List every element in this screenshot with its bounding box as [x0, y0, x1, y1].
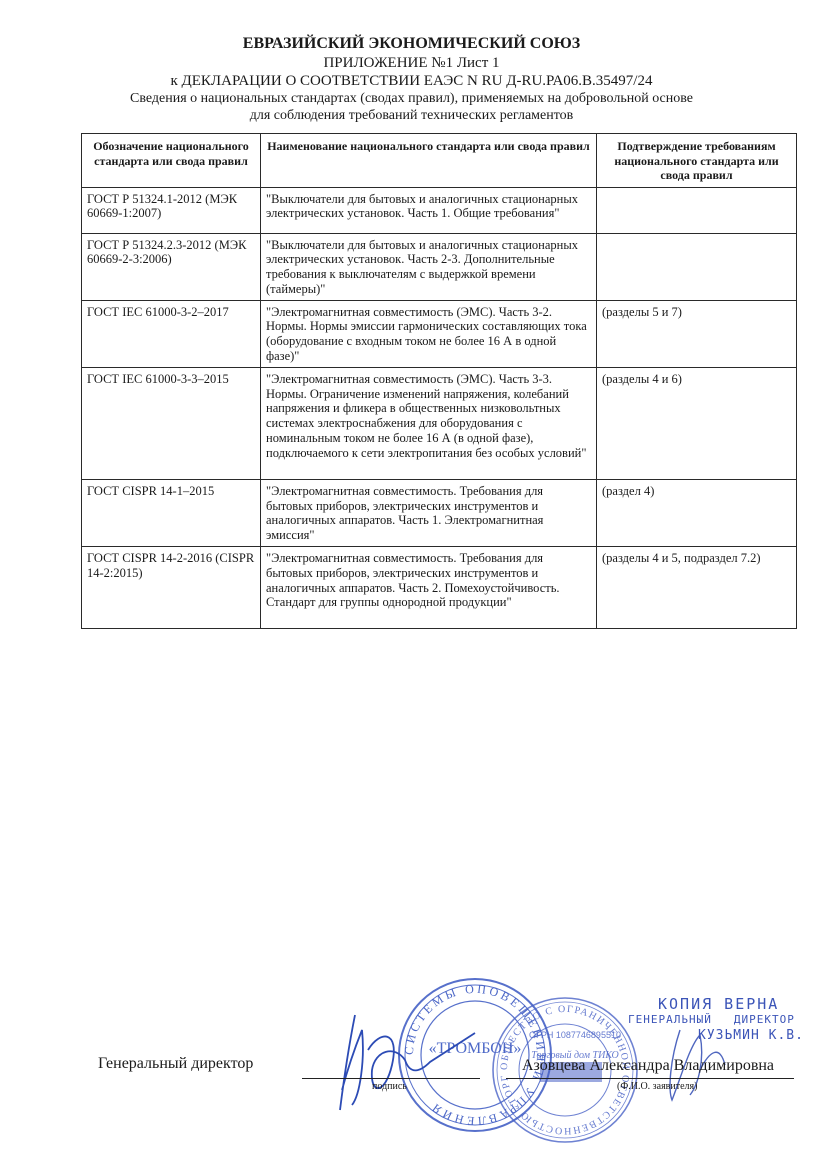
signer-role: Генеральный директор [98, 1055, 253, 1073]
cell-confirmation: (разделы 4 и 6) [597, 367, 797, 479]
cell-confirmation [597, 187, 797, 233]
cell-designation: ГОСТ IEC 61000-3-2–2017 [82, 300, 261, 367]
cell-name: "Выключатели для бытовых и аналогичных с… [261, 233, 597, 300]
subtitle-line-2: для соблюдения требований технических ре… [0, 107, 823, 124]
table-row: ГОСТ Р 51324.2.3-2012 (МЭК 60669-2-3:200… [82, 233, 797, 300]
trombon-stamp-icon [399, 979, 551, 1131]
standards-table: Обозначение национального стандарта или … [81, 133, 797, 629]
table-row: ГОСТ Р 51324.1-2012 (МЭК 60669-1:2007) "… [82, 187, 797, 233]
trombon-stamp-center: «ТРОМБОН» [429, 1040, 522, 1057]
cell-name: "Электромагнитная совместимость (ЭМС). Ч… [261, 300, 597, 367]
cell-confirmation: (разделы 5 и 7) [597, 300, 797, 367]
signature-line [302, 1078, 480, 1079]
director-signature-icon [340, 1015, 475, 1110]
document-header: ЕВРАЗИЙСКИЙ ЭКОНОМИЧЕСКИЙ СОЮЗ ПРИЛОЖЕНИ… [0, 30, 823, 124]
cell-name: "Электромагнитная совместимость. Требова… [261, 479, 597, 546]
appendix-title: ПРИЛОЖЕНИЕ №1 Лист 1 [0, 54, 823, 72]
column-header-name: Наименование национального стандарта или… [261, 134, 597, 188]
union-title: ЕВРАЗИЙСКИЙ ЭКОНОМИЧЕСКИЙ СОЮЗ [0, 34, 823, 54]
table-row: ГОСТ CISPR 14-2-2016 (CISPR 14-2:2015) "… [82, 547, 797, 629]
name-line [506, 1078, 794, 1079]
signature-caption: подпись [372, 1081, 407, 1092]
svg-text:СИСТЕМЫ ОПОВЕЩЕНИЯ И УПРАВЛЕНИ: СИСТЕМЫ ОПОВЕЩЕНИЯ И УПРАВЛЕНИЯ [402, 982, 548, 1128]
cell-name: "Выключатели для бытовых и аналогичных с… [261, 187, 597, 233]
cell-designation: ГОСТ Р 51324.1-2012 (МЭК 60669-1:2007) [82, 187, 261, 233]
declaration-number: к ДЕКЛАРАЦИИ О СООТВЕТСТВИИ ЕАЭС N RU Д-… [0, 72, 823, 90]
column-header-designation: Обозначение национального стандарта или … [82, 134, 261, 188]
table-row: ГОСТ IEC 61000-3-3–2015 "Электромагнитна… [82, 367, 797, 479]
copy-stamp-line-1: КОПИЯ ВЕРНА [628, 996, 804, 1012]
cell-confirmation: (раздел 4) [597, 479, 797, 546]
tiko-stamp-ogrn: ОГРН 1087746895510 [529, 1030, 621, 1040]
cell-name: "Электромагнитная совместимость. Требова… [261, 547, 597, 629]
cell-designation: ГОСТ IEC 61000-3-3–2015 [82, 367, 261, 479]
cell-designation: ГОСТ CISPR 14-1–2015 [82, 479, 261, 546]
copy-stamp-line-3: КУЗЬМИН К.В. [628, 1028, 804, 1044]
copy-certified-stamp: КОПИЯ ВЕРНА ГЕНЕРАЛЬНЫЙДИРЕКТОР КУЗЬМИН … [628, 996, 804, 1044]
subtitle-line-1: Сведения о национальных стандартах (свод… [0, 90, 823, 107]
cell-designation: ГОСТ Р 51324.2.3-2012 (МЭК 60669-2-3:200… [82, 233, 261, 300]
cell-confirmation [597, 233, 797, 300]
table-header-row: Обозначение национального стандарта или … [82, 134, 797, 188]
cell-designation: ГОСТ CISPR 14-2-2016 (CISPR 14-2:2015) [82, 547, 261, 629]
copy-stamp-line-2: ГЕНЕРАЛЬНЫЙДИРЕКТОР [628, 1012, 804, 1028]
column-header-confirmation: Подтверждение требованиям национального … [597, 134, 797, 188]
table-row: ГОСТ CISPR 14-1–2015 "Электромагнитная с… [82, 479, 797, 546]
name-caption: (Ф.И.О. заявителя) [617, 1081, 697, 1092]
cell-confirmation: (разделы 4 и 5, подраздел 7.2) [597, 547, 797, 629]
signer-name: Азовцева Александра Владимировна [522, 1057, 774, 1075]
table-row: ГОСТ IEC 61000-3-2–2017 "Электромагнитна… [82, 300, 797, 367]
cell-name: "Электромагнитная совместимость (ЭМС). Ч… [261, 367, 597, 479]
trombon-stamp-ring-text: СИСТЕМЫ ОПОВЕЩЕНИЯ И УПРАВЛЕНИЯ [402, 982, 548, 1128]
